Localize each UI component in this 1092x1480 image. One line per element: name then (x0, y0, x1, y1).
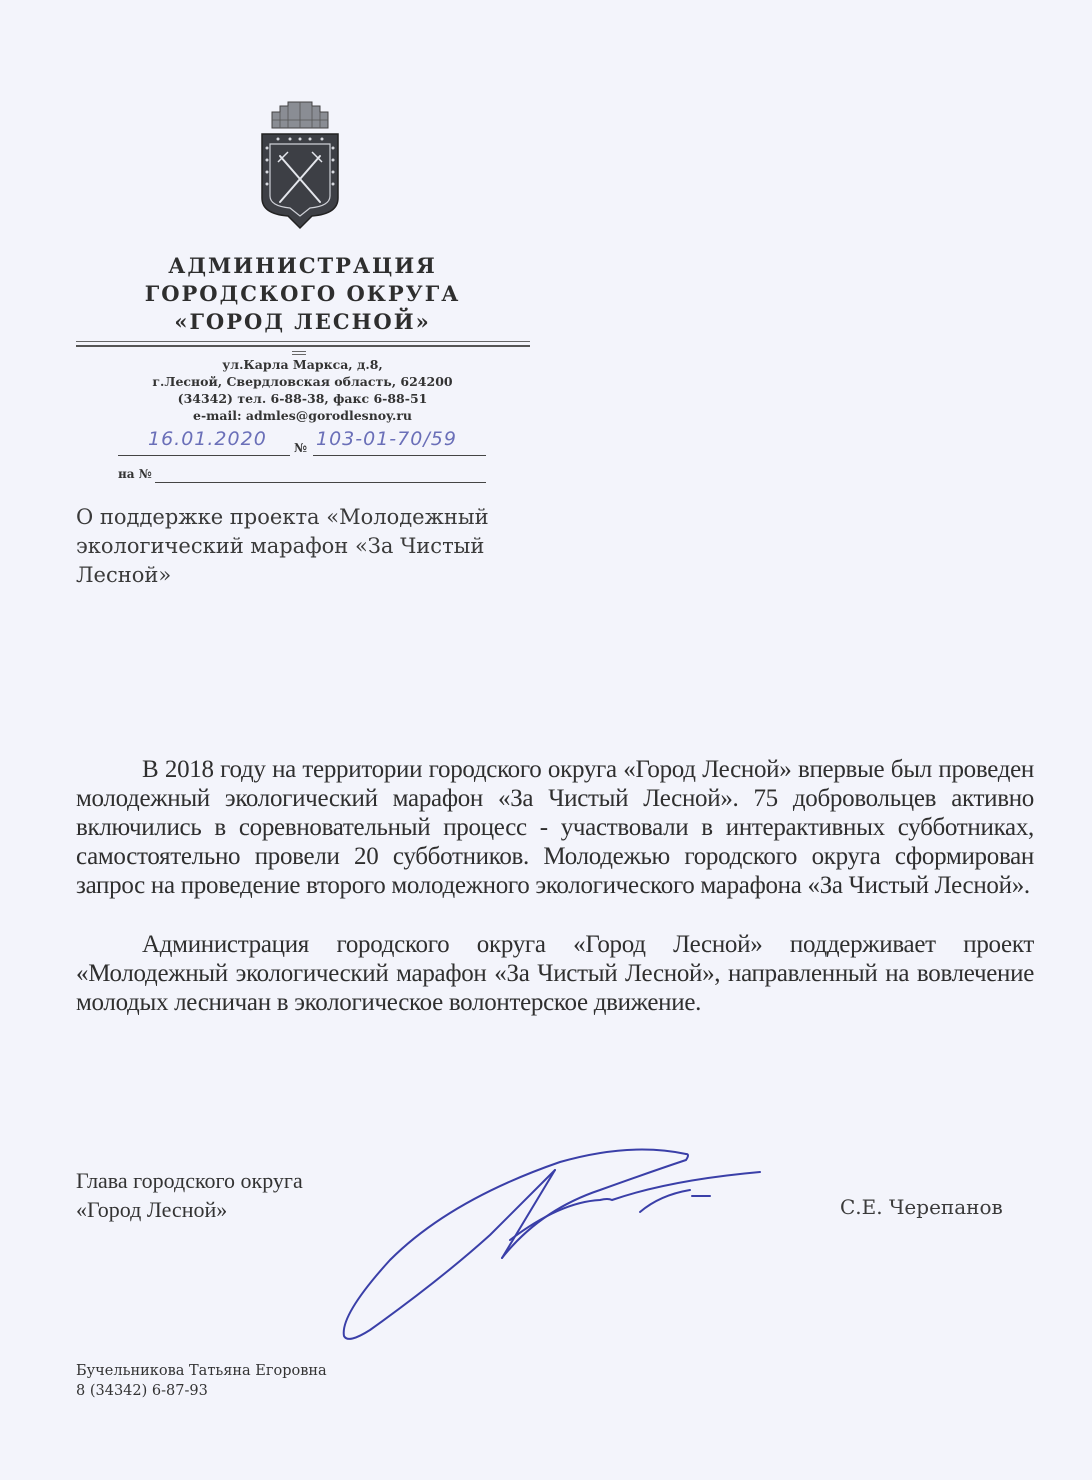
signatory-name: С.Е. Черепанов (840, 1195, 1003, 1219)
header-divider-thin (76, 341, 530, 342)
address-city: г.Лесной, Свердловская область, 624200 (75, 373, 530, 390)
letter-subject: О поддержке проекта «Молодежный экологич… (76, 503, 516, 590)
signatory-title-line-1: Глава городского округа (76, 1166, 303, 1195)
handwritten-signature-icon (330, 1140, 870, 1350)
org-title-line-1: АДМИНИСТРАЦИЯ (75, 252, 530, 280)
letter-number: 103-01-70/59 (316, 428, 457, 450)
org-title-line-2: ГОРОДСКОГО ОКРУГА (75, 280, 530, 308)
address-street: ул.Карла Маркса, д.8, (75, 356, 530, 373)
date-underline (118, 455, 290, 456)
organization-address: ул.Карла Маркса, д.8, г.Лесной, Свердлов… (75, 356, 530, 424)
organization-title: АДМИНИСТРАЦИЯ ГОРОДСКОГО ОКРУГА «ГОРОД Л… (75, 252, 530, 336)
header-divider-thick (76, 345, 530, 347)
divider-mark (292, 354, 306, 355)
number-underline (313, 455, 486, 456)
body-paragraph-2: Администрация городского округа «Город Л… (76, 930, 1034, 1017)
coat-of-arms-icon (258, 98, 342, 230)
divider-mark (292, 351, 306, 352)
address-phone: (34342) тел. 6-88-38, факс 6-88-51 (75, 390, 530, 407)
org-title-line-3: «ГОРОД ЛЕСНОЙ» (75, 308, 530, 336)
reference-underline (155, 482, 486, 483)
executor-name: Бучельникова Татьяна Егоровна (76, 1361, 327, 1381)
executor-phone: 8 (34342) 6-87-93 (76, 1381, 327, 1401)
executor-contact: Бучельникова Татьяна Егоровна 8 (34342) … (76, 1361, 327, 1401)
body-paragraph-1: В 2018 году на территории городского окр… (76, 755, 1034, 900)
address-email: e-mail: admles@gorodlesnoy.ru (75, 407, 530, 424)
signatory-title: Глава городского округа «Город Лесной» (76, 1166, 303, 1224)
letter-date: 16.01.2020 (148, 428, 267, 450)
number-sign: № (294, 441, 307, 455)
reference-label: на № (118, 467, 152, 481)
signatory-title-line-2: «Город Лесной» (76, 1195, 303, 1224)
